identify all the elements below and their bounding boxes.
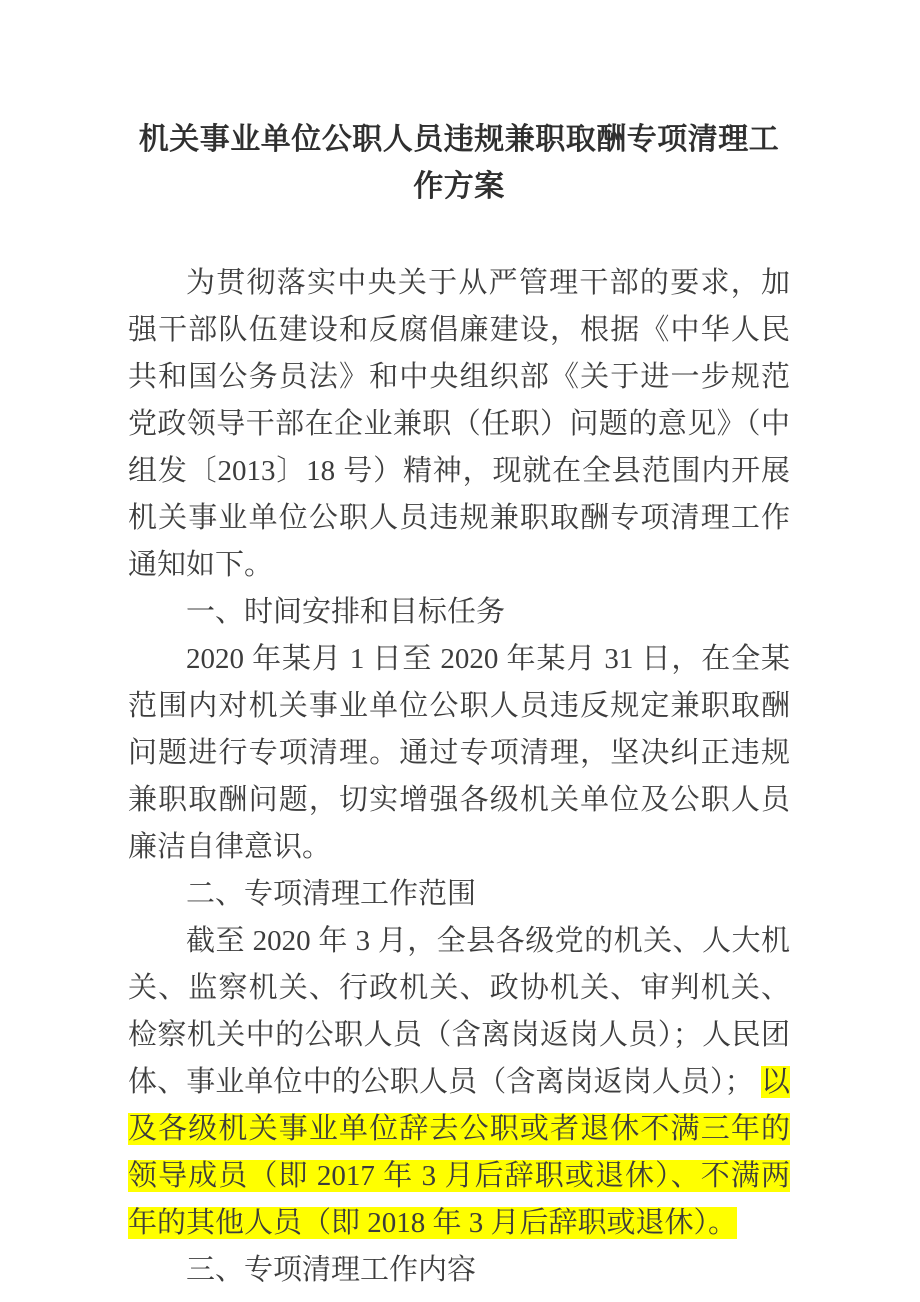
section-heading-2: 二、专项清理工作范围	[128, 871, 790, 918]
paragraph-scope-normal-text: 截至 2020 年 3 月，全县各级党的机关、人大机关、监察机关、行政机关、政协…	[128, 925, 790, 1098]
document-page: 机关事业单位公职人员违规兼职取酬专项清理工作方案 为贯彻落实中央关于从严管理干部…	[0, 0, 920, 1302]
section-heading-3: 三、专项清理工作内容	[128, 1247, 790, 1294]
document-title: 机关事业单位公职人员违规兼职取酬专项清理工作方案	[128, 116, 790, 210]
paragraph-scope: 截至 2020 年 3 月，全县各级党的机关、人大机关、监察机关、行政机关、政协…	[128, 918, 790, 1247]
paragraph-intro: 为贯彻落实中央关于从严管理干部的要求，加强干部队伍建设和反腐倡廉建设，根据《中华…	[128, 260, 790, 589]
paragraph-schedule: 2020 年某月 1 日至 2020 年某月 31 日，在全某范围内对机关事业单…	[128, 636, 790, 871]
section-heading-1: 一、时间安排和目标任务	[128, 589, 790, 636]
